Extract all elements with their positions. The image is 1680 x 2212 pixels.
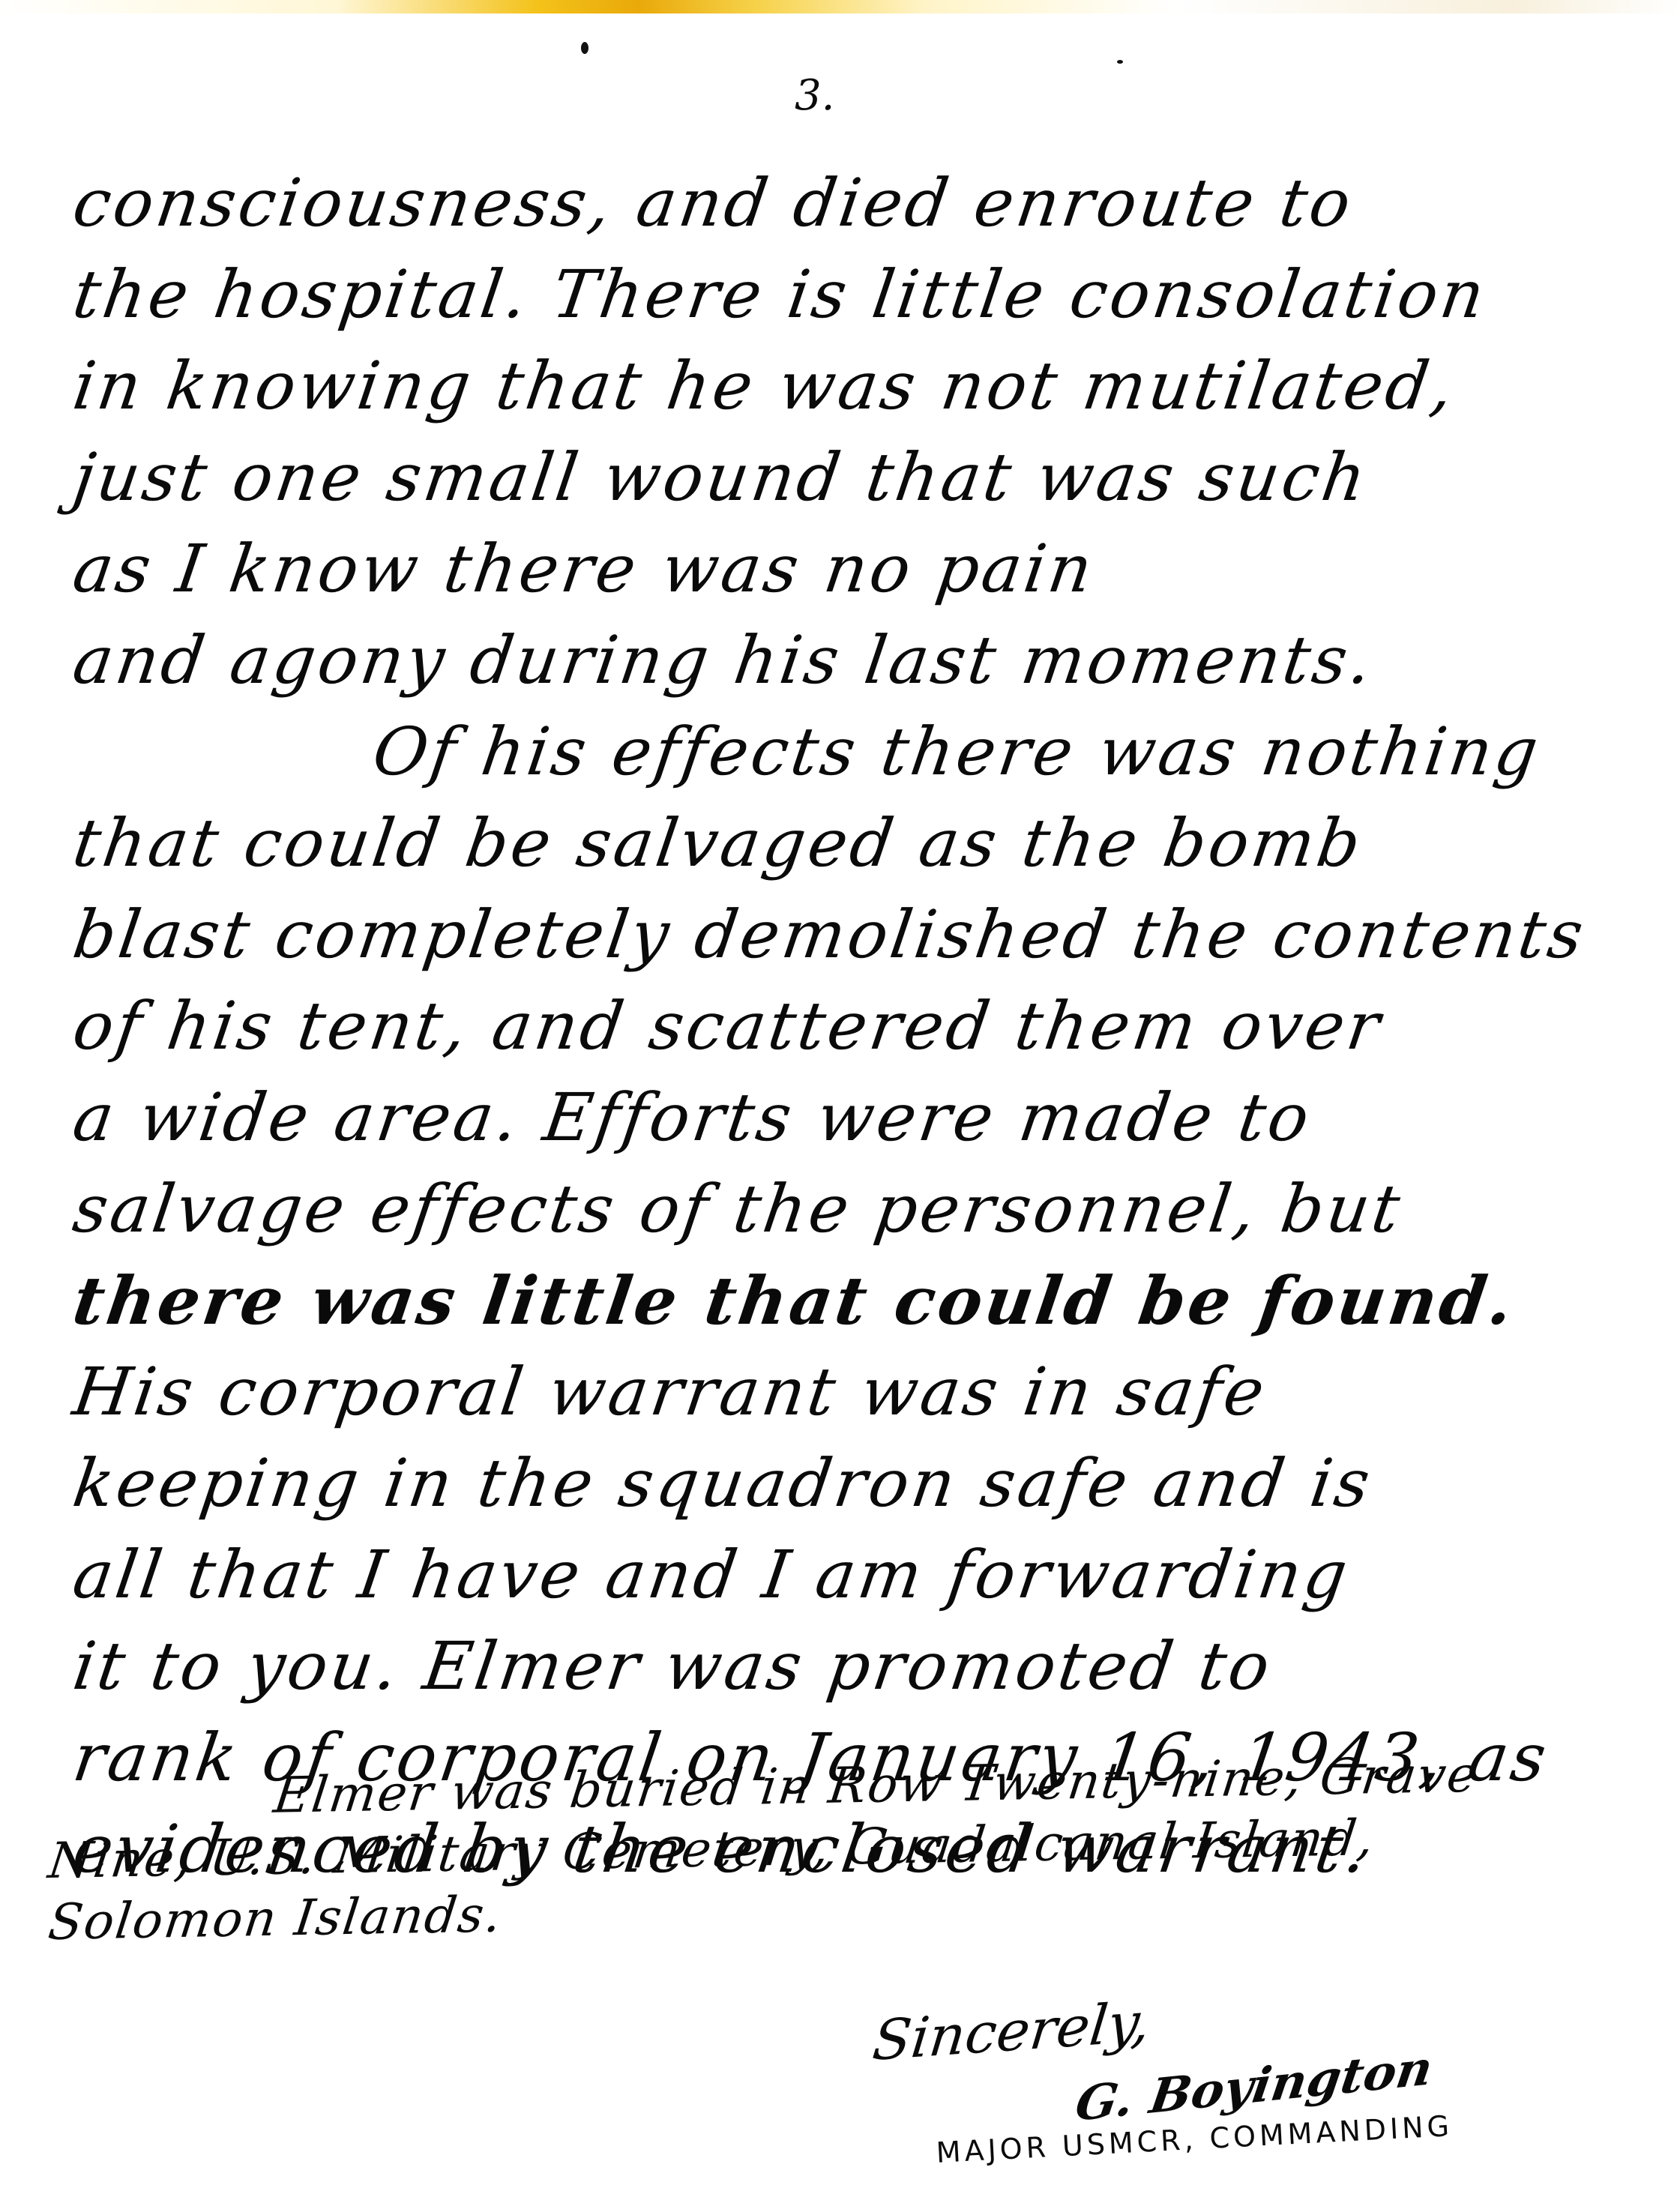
body-line: that could be salvaged as the bomb <box>67 798 1640 889</box>
body-line: of his tent, and scattered them over <box>67 980 1640 1072</box>
body-line: keeping in the squadron safe and is <box>67 1438 1640 1529</box>
paper-stain <box>0 0 1680 13</box>
body-line: it to you. Elmer was promoted to <box>67 1621 1640 1712</box>
letter-body: consciousness, and died enroute to the h… <box>67 157 1627 1895</box>
ink-speck <box>1117 60 1123 64</box>
page-number: 3. <box>795 71 834 120</box>
closing: Sincerely, <box>870 1990 1153 2073</box>
body-line: there was little that could be found. <box>67 1255 1640 1346</box>
body-line: blast completely demolished the contents <box>67 889 1640 980</box>
postscript: Elmer was buried in Row Twenty-nine, Gra… <box>45 1769 1619 1953</box>
body-line: in knowing that he was not mutilated, <box>67 340 1640 432</box>
body-line: the hospital. There is little consolatio… <box>67 249 1640 340</box>
paragraph-start-line: Of his effects there was nothing <box>67 706 1640 798</box>
body-line: as I know there was no pain <box>67 523 1640 615</box>
body-line: salvage effects of the personnel, but <box>67 1163 1640 1255</box>
body-line: consciousness, and died enroute to <box>67 157 1640 249</box>
body-line: and agony during his last moments. <box>67 615 1640 706</box>
body-line: a wide area. Efforts were made to <box>67 1072 1640 1163</box>
body-line: His corporal warrant was in safe <box>67 1346 1640 1438</box>
ink-speck <box>581 42 588 54</box>
body-line: all that I have and I am forwarding <box>67 1529 1640 1621</box>
body-line: just one small wound that was such <box>67 432 1640 523</box>
